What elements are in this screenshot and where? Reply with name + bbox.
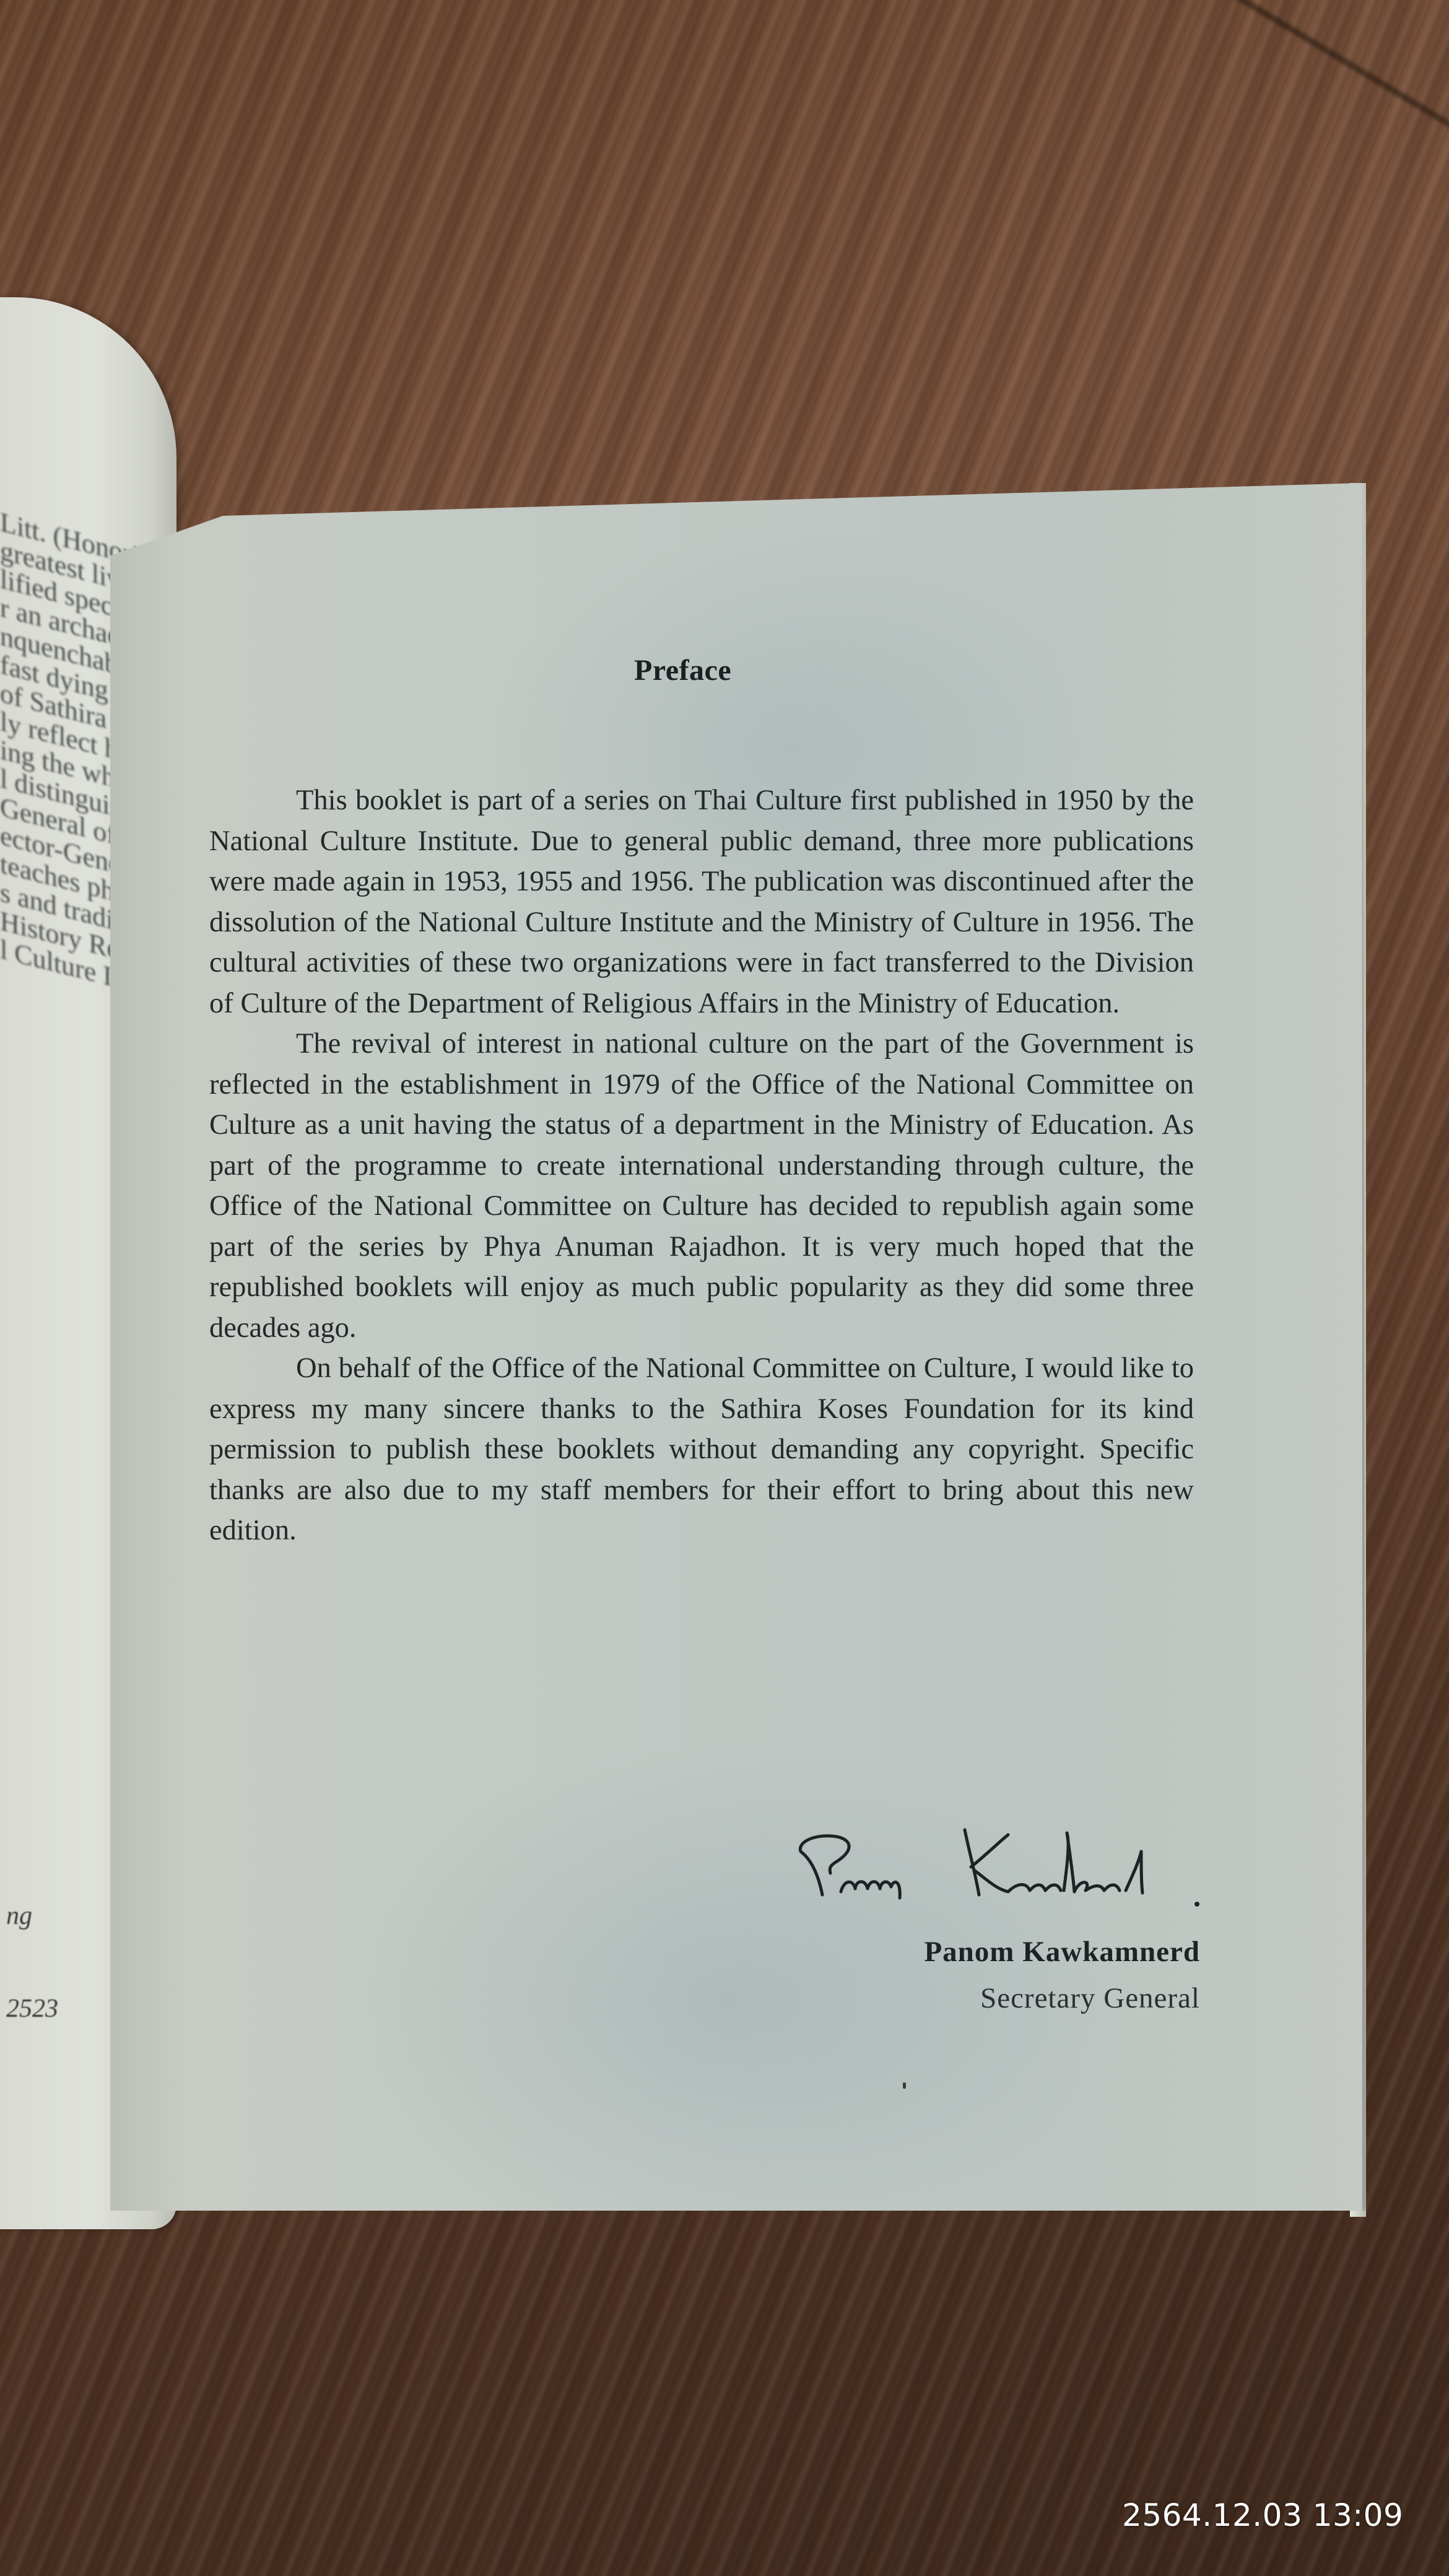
page-title: Preface: [634, 653, 731, 687]
table-seam: [1204, 0, 1449, 204]
paragraph-1: This booklet is part of a series on Thai…: [209, 780, 1194, 1024]
ink-speck: [903, 2082, 906, 2089]
paragraph-2: The revival of interest in national cult…: [209, 1024, 1194, 1348]
signatory-title: Secretary General: [980, 1982, 1200, 2015]
photo-timestamp: 2564.12.03 13:09: [1122, 2497, 1403, 2533]
signatory-name: Panom Kawkamnerd: [924, 1935, 1200, 1969]
preface-page: Preface This booklet is part of a series…: [110, 483, 1362, 2211]
left-page-year: 2523: [6, 1994, 58, 2024]
handwritten-signature: [794, 1817, 1240, 1923]
preface-body: This booklet is part of a series on Thai…: [209, 780, 1194, 1551]
paragraph-3: On behalf of the Office of the National …: [209, 1348, 1194, 1551]
left-page-footer-fragment: ng: [6, 1901, 32, 1931]
